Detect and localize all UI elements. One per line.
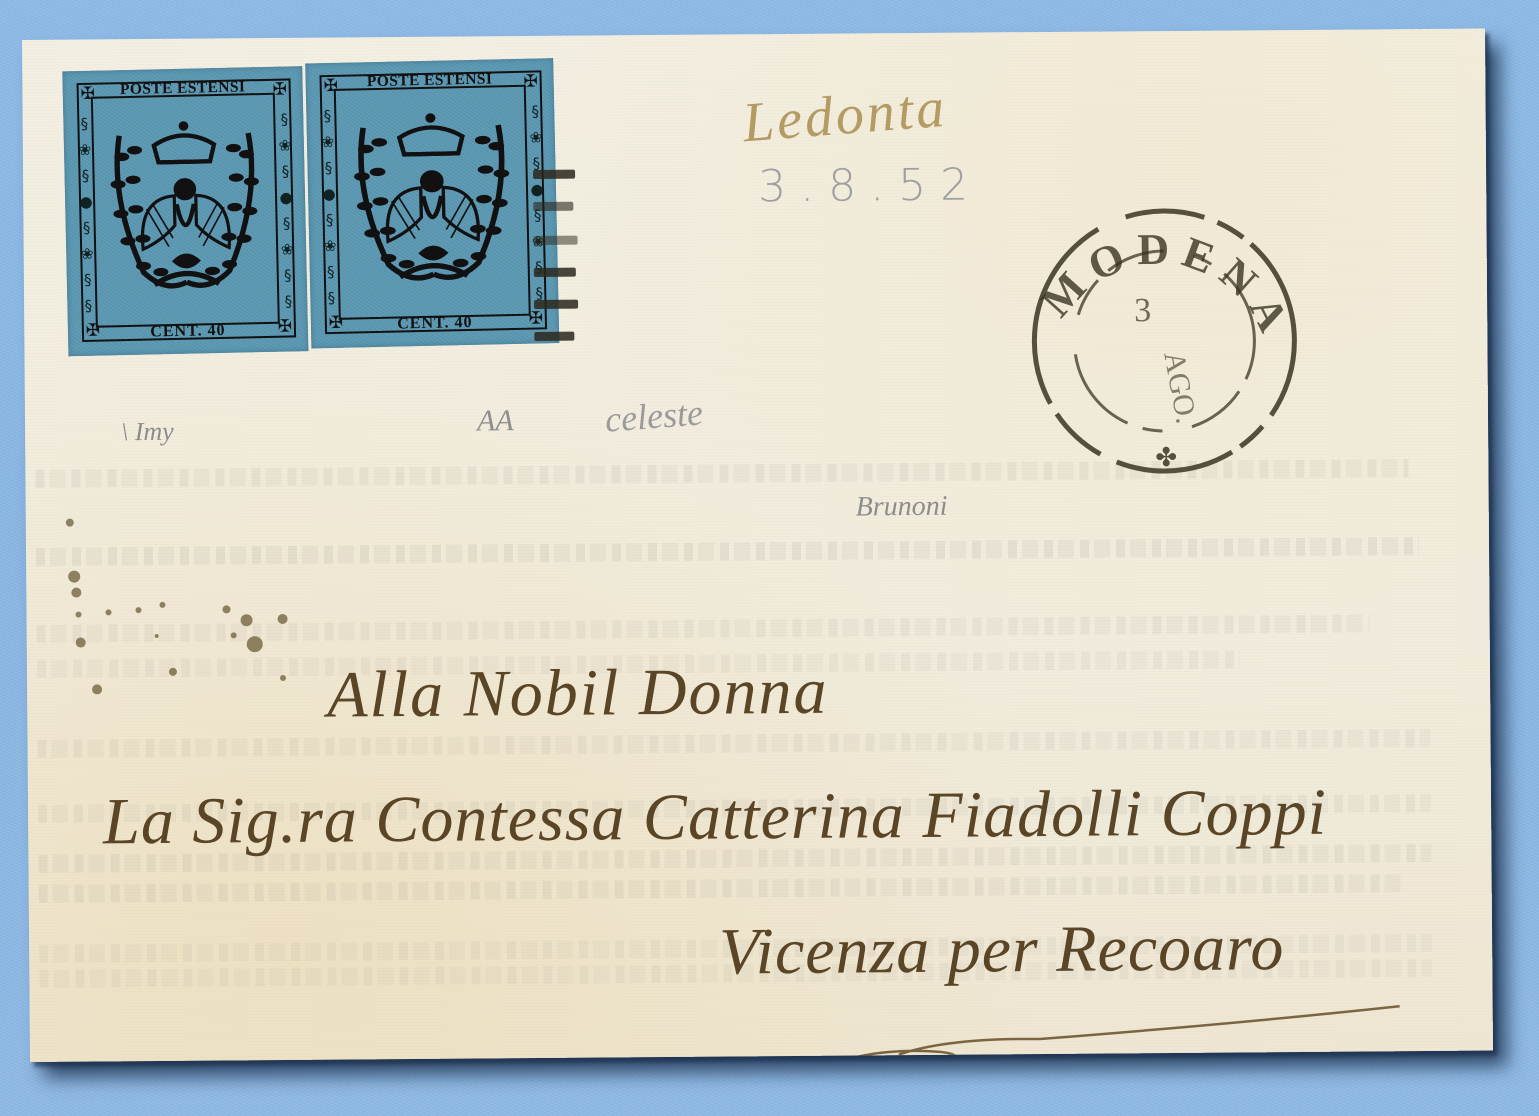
pencil-signature: Brunoni [856, 491, 948, 524]
stamp-denomination: CENT. 40 [104, 321, 272, 343]
ink-specks [50, 513, 312, 715]
crowned-eagle-icon [97, 101, 274, 316]
stamp-pair: ✠ ✠ ✠ ✠ POSTE ESTENSI §❀§●§❀§§ §❀§●§❀§§ [64, 60, 566, 354]
address-line-2: La Sig.ra Contessa Catterina Fiadolli Co… [103, 775, 1327, 861]
corner-ornament-icon: ✠ [276, 317, 294, 335]
stamp: ✠ ✠ ✠ ✠ POSTE ESTENSI §❀§●§❀§§ §❀§●§❀§§ [62, 66, 308, 356]
stamp: ✠ ✠ ✠ ✠ POSTE ESTENSI §❀§●§❀§§ §❀§●§❀§§ [305, 58, 559, 348]
postmark-month: AGO. [1157, 349, 1203, 426]
corner-ornament-icon: ✠ [322, 77, 340, 95]
corner-ornament-icon: ✠ [327, 314, 345, 332]
svg-text:MODENA: MODENA [1031, 224, 1302, 350]
svg-text:✤: ✤ [1155, 443, 1177, 473]
pencil-note: \ Imy [121, 417, 174, 447]
stamp-denomination: CENT. 40 [347, 313, 523, 335]
address-line-1: Alla Nobil Donna [327, 654, 829, 734]
address-line-3: Vicenza per Recoaro [719, 910, 1285, 990]
crowned-eagle-icon [340, 93, 525, 308]
postmark-day: 3 [1134, 292, 1151, 329]
postal-cover: ✠ ✠ ✠ ✠ POSTE ESTENSI §❀§●§❀§§ §❀§●§❀§§ [22, 29, 1493, 1062]
bleed-through-line [37, 729, 1430, 758]
pencil-color-note: celeste [603, 391, 704, 440]
corner-ornament-icon: ✠ [84, 322, 102, 340]
grill-cancellation [533, 164, 594, 354]
pencil-date: 3.8.52 [758, 159, 982, 212]
underline-flourish [849, 984, 1450, 1062]
corner-ornament-icon: ✠ [271, 80, 289, 98]
bleed-through-line [39, 874, 1402, 903]
docketing-note: Ledonta [740, 76, 949, 156]
postmark-town: MODENA [1031, 224, 1302, 350]
pencil-mark: AA [477, 404, 514, 438]
corner-ornament-icon: ✠ [79, 85, 97, 103]
stamp-top-text: POSTE ESTENSI [99, 78, 267, 100]
stamp-top-text: POSTE ESTENSI [341, 70, 517, 92]
circular-postmark: MODENA 3 AGO. ✤ [1013, 190, 1305, 482]
corner-ornament-icon: ✠ [521, 72, 539, 90]
